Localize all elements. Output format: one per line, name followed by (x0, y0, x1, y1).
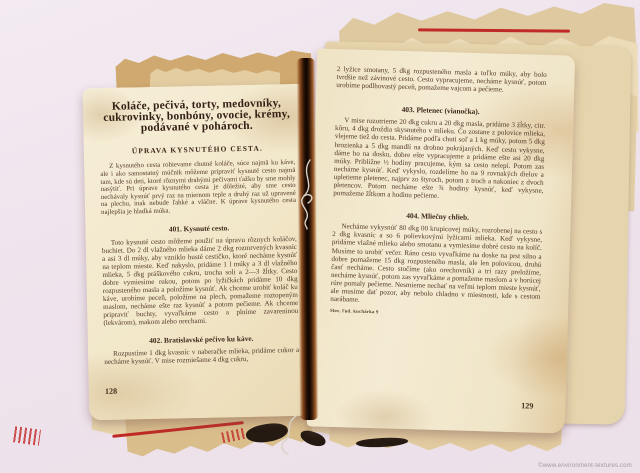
recipe-402-title: 402. Bratislavské pečivo ku káve. (104, 332, 299, 345)
page-number-right: 129 (521, 401, 534, 410)
photo-open-book: Koláče, pečivá, torty, medovníky, cukrov… (0, 0, 640, 473)
binding-thread (276, 414, 302, 456)
recipe-401-title: 401. Kysnuté cesto. (101, 221, 296, 234)
printer-signature: Slov. ľud. kuchárka 9 (330, 308, 540, 319)
recipe-403-body: V mise rozotrieme 20 dkg cukru a 20 dkg … (333, 116, 545, 203)
recipe-404-title: 404. Mliečny chlieb. (333, 209, 543, 224)
intro-paragraph: Z kysnutého cesta robievame chutné koláč… (100, 159, 296, 216)
page-number-left: 128 (105, 387, 117, 396)
recipe-401-body: Toto kysnuté cesto môžeme použiť na úpra… (102, 234, 299, 327)
right-page-content: 2 lyžice smotany, 5 dkg rozpusteného mas… (307, 48, 575, 433)
recipe-403-title: 403. Pletenec (vianočka). (336, 103, 546, 118)
red-print-fragment (13, 426, 41, 445)
binding-thread (294, 158, 324, 230)
recipe-404-body: Necháme vykysnúť 80 dkg 00 krupicovej mú… (330, 222, 542, 309)
chapter-heading: ÚPRAVA KYSNUTÉHO CESTA. (100, 143, 295, 156)
right-page: 2 lyžice smotany, 5 dkg rozpusteného mas… (307, 48, 575, 433)
recipe-402-body: Rozpustíme 1 dkg kvasníc v naberačke mli… (104, 345, 299, 365)
watermark-text: ©www.environment-textures.com (538, 463, 632, 469)
continuation-paragraph: 2 lyžice smotany, 5 dkg rozpusteného mas… (336, 65, 547, 95)
book-spine-gutter (296, 58, 318, 420)
left-page-content: Koláče, pečivá, torty, medovníky, cukrov… (83, 84, 314, 421)
left-page: Koláče, pečivá, torty, medovníky, cukrov… (83, 84, 314, 421)
book-section-title: Koláče, pečivá, torty, medovníky, cukrov… (99, 98, 295, 134)
